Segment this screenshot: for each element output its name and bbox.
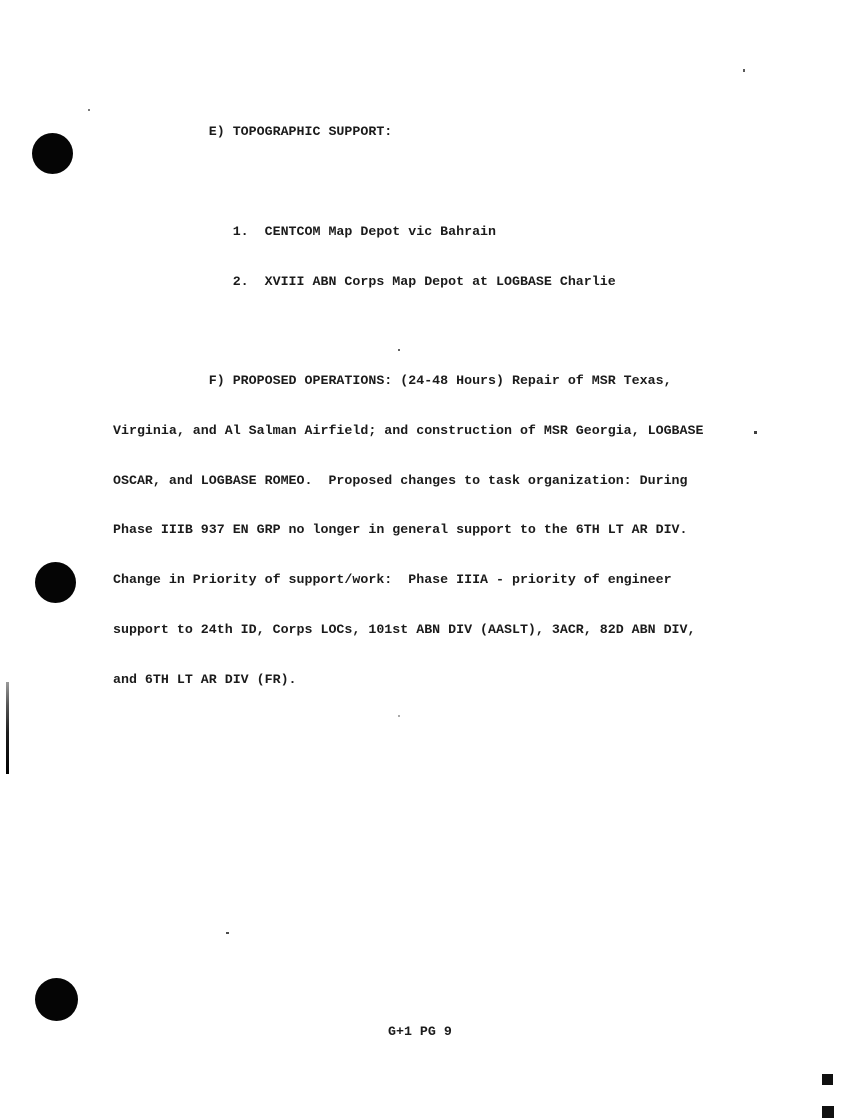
scanned-document-page: E) TOPOGRAPHIC SUPPORT: 1. CENTCOM Map D…	[0, 0, 850, 1118]
scan-speck	[743, 69, 745, 72]
scan-speck	[754, 431, 757, 434]
scan-speck	[398, 715, 400, 717]
text-line	[113, 323, 703, 340]
hole-punch-mark	[35, 562, 76, 603]
text-line: Change in Priority of support/work: Phas…	[113, 572, 703, 589]
text-line: support to 24th ID, Corps LOCs, 101st AB…	[113, 622, 703, 639]
text-line: E) TOPOGRAPHIC SUPPORT:	[113, 124, 703, 141]
scan-speck	[88, 109, 90, 111]
scan-artifact-line	[6, 682, 9, 774]
document-body-text: E) TOPOGRAPHIC SUPPORT: 1. CENTCOM Map D…	[113, 91, 703, 722]
scan-speck	[398, 349, 400, 351]
hole-punch-mark	[32, 133, 73, 174]
hole-punch-mark	[35, 978, 78, 1021]
text-line: Virginia, and Al Salman Airfield; and co…	[113, 423, 703, 440]
text-line: F) PROPOSED OPERATIONS: (24-48 Hours) Re…	[113, 373, 703, 390]
text-line: 1. CENTCOM Map Depot vic Bahrain	[113, 224, 703, 241]
text-line	[113, 174, 703, 191]
text-line: 2. XVIII ABN Corps Map Depot at LOGBASE …	[113, 274, 703, 291]
scan-speck	[226, 932, 229, 934]
text-line: and 6TH LT AR DIV (FR).	[113, 672, 703, 689]
registration-mark	[822, 1106, 834, 1118]
page-footer: G+1 PG 9	[388, 1024, 452, 1039]
text-line: Phase IIIB 937 EN GRP no longer in gener…	[113, 522, 703, 539]
registration-mark	[822, 1074, 833, 1085]
text-line: OSCAR, and LOGBASE ROMEO. Proposed chang…	[113, 473, 703, 490]
